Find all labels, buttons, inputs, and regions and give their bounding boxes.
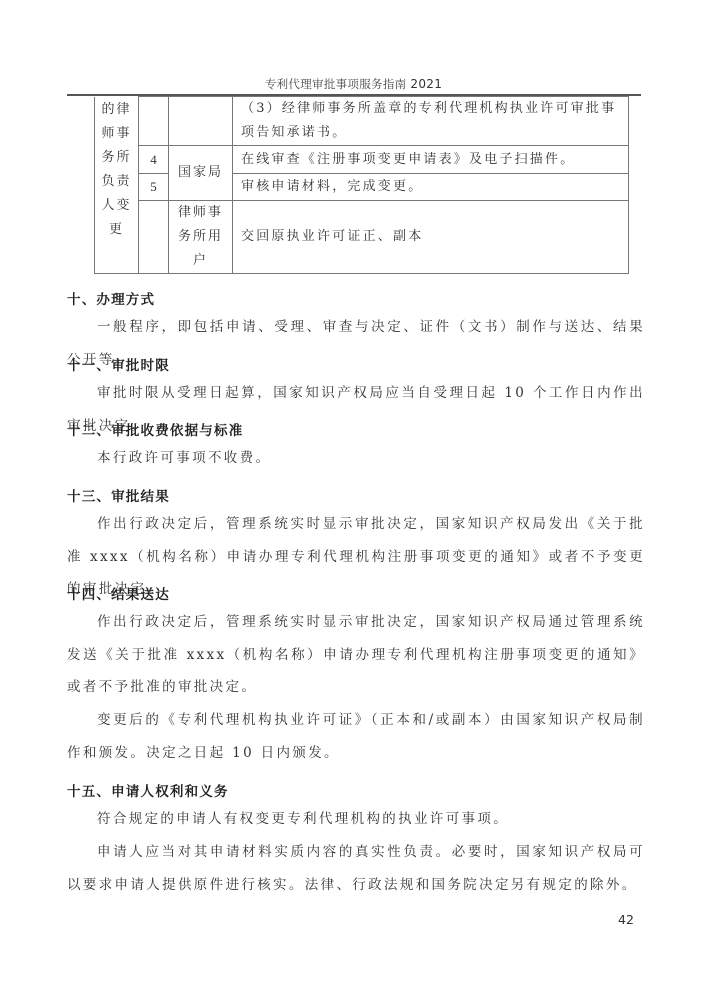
description-cell: 交回原执业许可证正、副本	[233, 201, 629, 274]
section-heading: 十三、审批结果	[67, 485, 170, 505]
section-paragraph: 符合规定的申请人有权变更专利代理机构的执业许可事项。	[67, 803, 645, 836]
step-cell	[139, 201, 169, 274]
section-heading: 十一、审批时限	[67, 354, 170, 374]
header-title: 专利代理审批事项服务指南	[265, 77, 407, 91]
item-line: 更	[95, 218, 138, 242]
step-cell	[139, 97, 169, 146]
section-paragraph: 变更后的《专利代理机构执业许可证》（正本和/或副本）由国家知识产权局制作和颁发。…	[67, 704, 645, 769]
actor-line: 务所用	[169, 225, 232, 249]
item-line: 师事	[95, 122, 138, 146]
item-cell: 的律 师事 务所 负责 人变 更	[95, 97, 139, 274]
actor-cell	[169, 97, 233, 146]
section-heading: 十二、审批收费依据与标准	[67, 419, 243, 439]
item-line: 务所	[95, 146, 138, 170]
running-header: 专利代理审批事项服务指南 2021	[0, 76, 707, 92]
section-heading: 十四、结果送达	[67, 583, 170, 603]
section-heading: 十、办理方式	[67, 288, 155, 308]
step-cell: 4	[139, 146, 169, 174]
section-paragraph: 申请人应当对其申请材料实质内容的真实性负责。必要时，国家知识产权局可以要求申请人…	[67, 836, 645, 901]
table-row: 律师事 务所用 户 交回原执业许可证正、副本	[95, 201, 629, 274]
description-cell: 审核申请材料，完成变更。	[233, 174, 629, 201]
actor-line: 户	[169, 249, 232, 273]
page-number: 42	[618, 912, 634, 927]
section-paragraph: 作出行政决定后，管理系统实时显示审批决定，国家知识产权局通过管理系统发送《关于批…	[67, 606, 645, 704]
item-line: 负责	[95, 170, 138, 194]
section-heading: 十五、申请人权利和义务	[67, 780, 229, 800]
description-cell: 在线审查《注册事项变更申请表》及电子扫描件。	[233, 146, 629, 174]
actor-cell: 律师事 务所用 户	[169, 201, 233, 274]
actor-cell: 国家局	[169, 146, 233, 201]
item-line: 人变	[95, 194, 138, 218]
table-row: 4 国家局 在线审查《注册事项变更申请表》及电子扫描件。	[95, 146, 629, 174]
header-year: 2021	[410, 77, 442, 91]
actor-line: 律师事	[169, 201, 232, 225]
section-paragraph: 本行政许可事项不收费。	[67, 442, 645, 475]
process-table: 的律 师事 务所 负责 人变 更 （3）经律师事务所盖章的专利代理机构执业许可审…	[94, 96, 629, 274]
table-row: 的律 师事 务所 负责 人变 更 （3）经律师事务所盖章的专利代理机构执业许可审…	[95, 97, 629, 146]
step-cell: 5	[139, 174, 169, 201]
item-line: 的律	[95, 98, 138, 122]
description-cell: （3）经律师事务所盖章的专利代理机构执业许可审批事项告知承诺书。	[233, 97, 629, 146]
